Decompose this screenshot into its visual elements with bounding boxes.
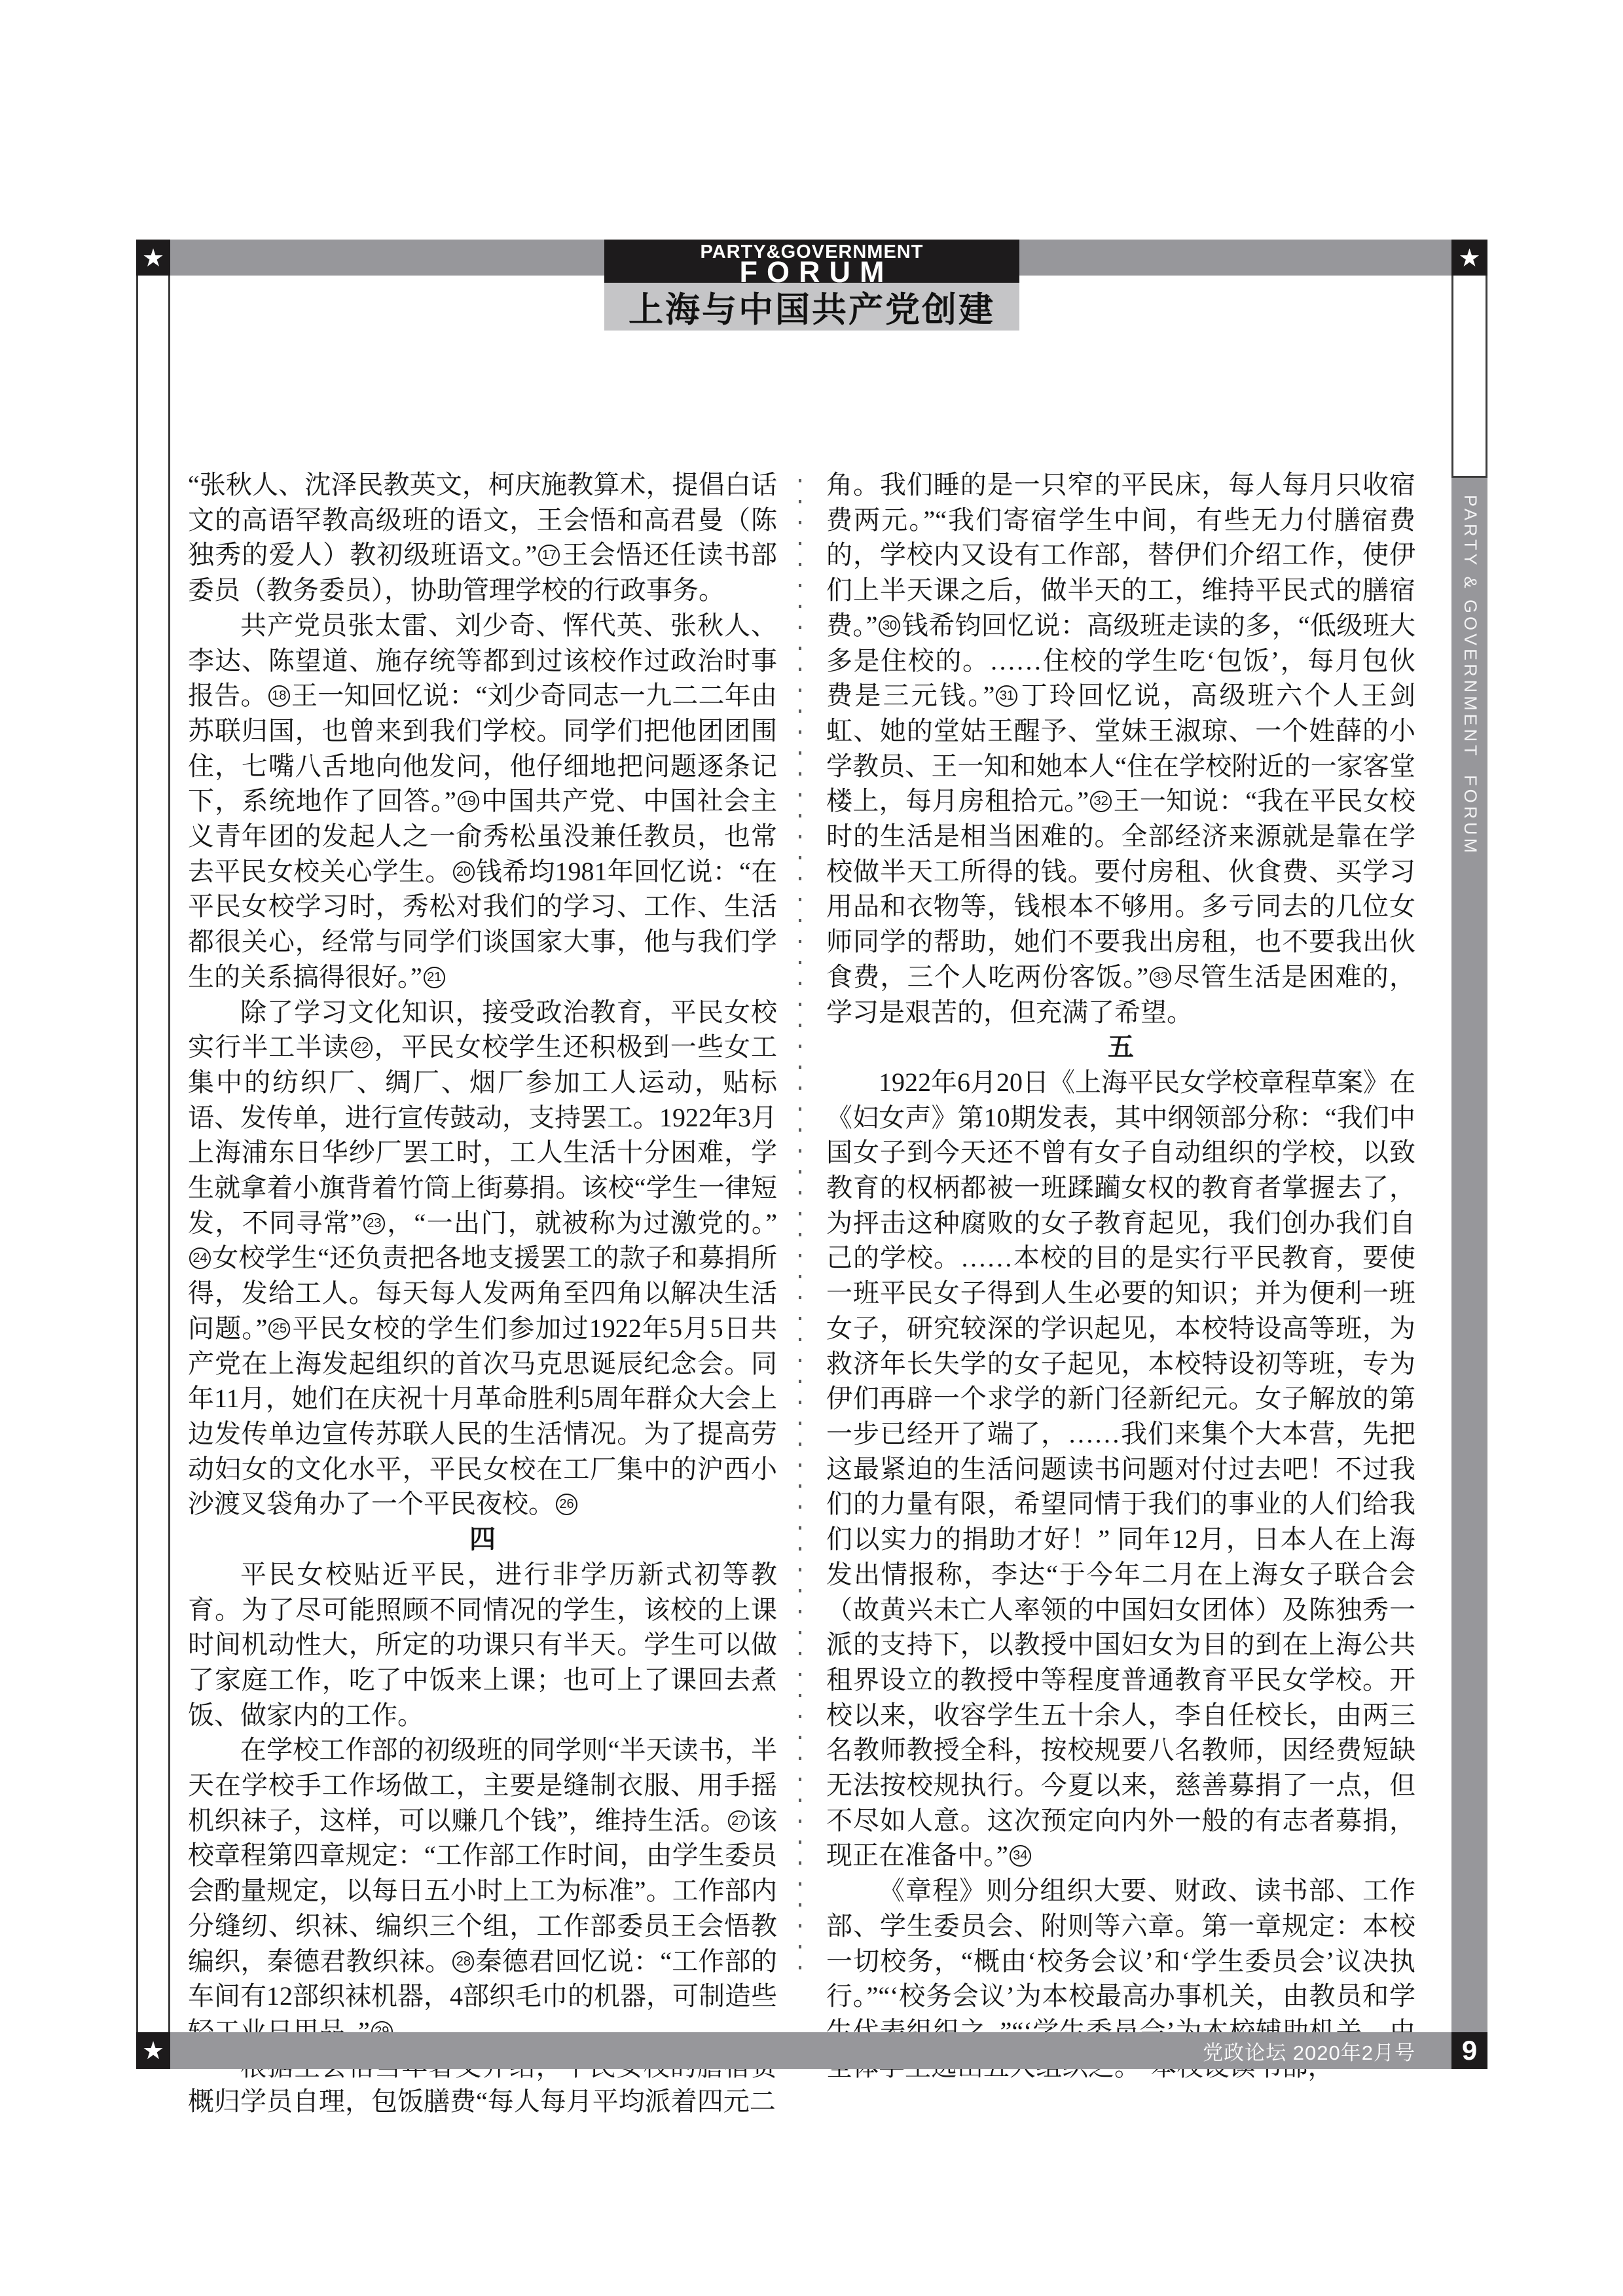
left-rail xyxy=(136,276,170,2032)
article-paragraph: “张秋人、沈泽民教英文，柯庆施教算术，提倡白话文的高语罕教高级班的语文，王会悟和… xyxy=(188,467,777,608)
star-icon: ★ xyxy=(142,245,164,270)
article-title-box: 上海与中国共产党创建 xyxy=(604,283,1019,331)
right-rail: PARTY & GOVERNMENT FORUM xyxy=(1451,478,1487,2032)
article-column-left: “张秋人、沈泽民教英文，柯庆施教算术，提倡白话文的高语罕教高级班的语文，王会悟和… xyxy=(188,467,777,2119)
footnote-marker: 34 xyxy=(1010,1845,1031,1867)
article-paragraph: 共产党员张太雷、刘少奇、恽代英、张秋人、李达、陈望道、施存统等都到过该校作过政治… xyxy=(188,608,777,995)
footnote-marker: 31 xyxy=(996,685,1017,707)
footnote-marker: 22 xyxy=(351,1037,373,1058)
star-icon: ★ xyxy=(1458,245,1480,270)
footnote-marker: 27 xyxy=(728,1810,750,1832)
header-star-right-box: ★ xyxy=(1451,240,1487,276)
footnote-marker: 20 xyxy=(453,861,475,883)
footer-page-number-box: 9 xyxy=(1451,2032,1487,2069)
footnote-marker: 30 xyxy=(879,615,900,637)
section-heading: 四 xyxy=(188,1522,777,1557)
footnote-marker: 25 xyxy=(268,1318,290,1340)
footer-page-number: 9 xyxy=(1462,2035,1477,2066)
article-paragraph: 在学校工作部的初级班的同学则“半天读书，半天在学校手工作场做工，主要是缝制衣服、… xyxy=(188,1732,777,2049)
star-icon: ★ xyxy=(142,2038,164,2063)
footnote-marker: 33 xyxy=(1150,967,1171,988)
section-heading: 五 xyxy=(826,1030,1415,1065)
article-paragraph: 除了学习文化知识，接受政治教育，平民女校实行半工半读22，平民女校学生还积极到一… xyxy=(188,995,777,1522)
article-title: 上海与中国共产党创建 xyxy=(629,282,995,332)
article-column-right: 角。我们睡的是一只窄的平民床，每人每月只收宿费两元。”“我们寄宿学生中间，有些无… xyxy=(826,467,1415,2084)
footnote-marker: 24 xyxy=(189,1247,211,1269)
article-paragraph: 角。我们睡的是一只窄的平民床，每人每月只收宿费两元。”“我们寄宿学生中间，有些无… xyxy=(826,467,1415,1030)
footer-star-box: ★ xyxy=(136,2032,170,2069)
column-divider xyxy=(799,479,801,1984)
footnote-marker: 17 xyxy=(538,545,560,566)
footer-journal-issue: 党政论坛 2020年2月号 xyxy=(1203,2036,1415,2066)
right-rail-top xyxy=(1451,276,1487,478)
footnote-marker: 28 xyxy=(452,1951,474,1973)
header-star-left-box: ★ xyxy=(136,240,170,276)
footnote-marker: 23 xyxy=(363,1213,385,1234)
sidebar-vertical-label: PARTY & GOVERNMENT FORUM xyxy=(1460,495,1480,856)
footer-band: 党政论坛 2020年2月号 xyxy=(170,2032,1451,2069)
footnote-marker: 32 xyxy=(1090,791,1112,812)
footnote-marker: 21 xyxy=(424,967,445,988)
forum-banner-box: PARTY&GOVERNMENT FORUM xyxy=(604,240,1019,283)
forum-banner-line2: FORUM xyxy=(604,262,1019,283)
article-paragraph: 平民女校贴近平民，进行非学历新式初等教育。为了尽可能照顾不同情况的学生，该校的上… xyxy=(188,1557,777,1733)
page: { "header": { "banner_line1": "PARTY&GOV… xyxy=(0,0,1623,2296)
footnote-marker: 18 xyxy=(268,685,290,707)
article-paragraph: 1922年6月20日《上海平民女学校章程草案》在《妇女声》第10期发表，其中纲领… xyxy=(826,1065,1415,1873)
footnote-marker: 26 xyxy=(556,1494,577,1515)
footnote-marker: 19 xyxy=(458,791,479,812)
